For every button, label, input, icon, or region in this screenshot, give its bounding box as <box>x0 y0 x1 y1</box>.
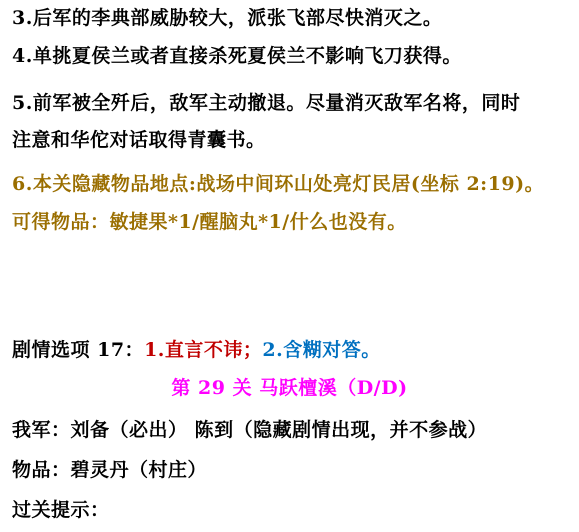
chapter-title: 第 29 关 马跃檀溪（D/D) <box>0 376 579 400</box>
hidden-item-rewards: 可得物品：敏捷果*1/醒脑丸*1/什么也没有。 <box>12 210 407 234</box>
story-choice: 剧情选项 17：1.直言不讳；2.含糊对答。 <box>12 338 381 362</box>
tip-5-line1: 5.前军被全歼后，敌军主动撤退。尽量消灭敌军名将，同时 <box>12 91 520 115</box>
tip-5-line2: 注意和华佗对话取得青囊书。 <box>12 128 266 152</box>
hidden-item-location: 6.本关隐藏物品地点:战场中间环山处亮灯民居(坐标 2:19)。 <box>12 172 544 196</box>
story-choice-label: 剧情选项 17： <box>12 339 144 361</box>
story-choice-option-1: 1.直言不讳； <box>144 339 262 361</box>
our-army: 我军：刘备（必出） 陈到（隐藏剧情出现，并不参战） <box>12 418 487 442</box>
items: 物品：碧灵丹（村庄） <box>12 458 207 482</box>
tip-3: 3.后军的李典部威胁较大，派张飞部尽快消灭之。 <box>12 6 442 30</box>
clear-tips-label: 过关提示： <box>12 498 110 522</box>
story-choice-option-2: 2.含糊对答。 <box>262 339 380 361</box>
tip-4: 4.单挑夏侯兰或者直接杀死夏侯兰不影响飞刀获得。 <box>12 44 462 68</box>
